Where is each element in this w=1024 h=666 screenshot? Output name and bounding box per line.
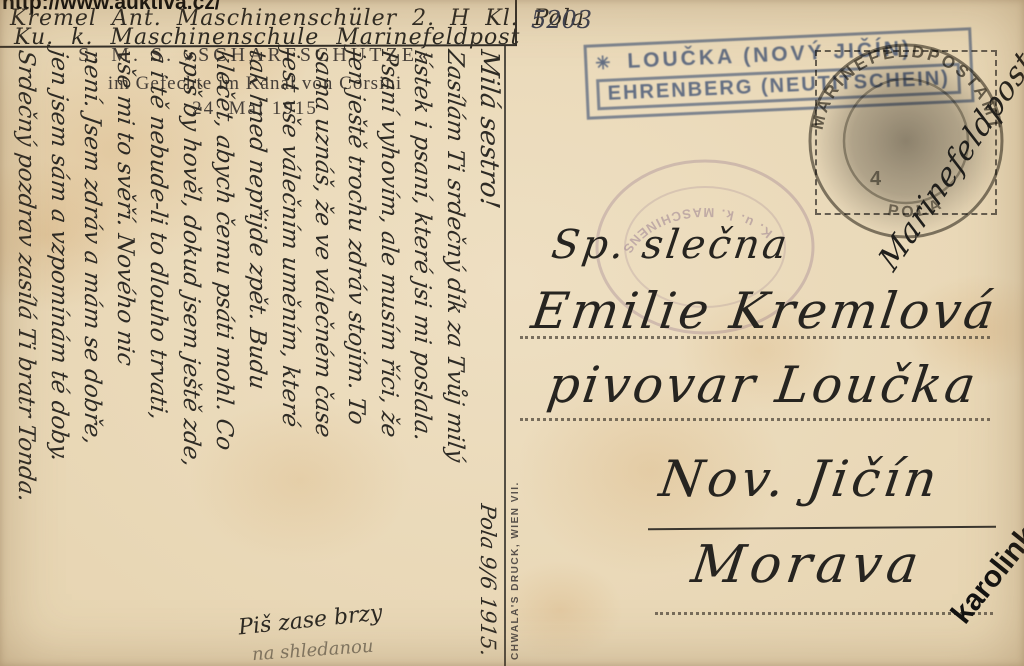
ink-frame-right — [515, 0, 517, 46]
dateline: Pola 9/6 1915. — [471, 501, 504, 658]
address-dotted-line — [520, 418, 990, 421]
address-honorific: Sp. slečna — [552, 222, 789, 268]
message-line: Srdečný pozdrav zasílá Ti bratr Tonda. — [9, 50, 42, 656]
message-line: Zasílám Ti srdečný dík za Tvůj milý — [438, 50, 471, 656]
message-line: klečet, abych čemu psáti mohl. Co — [207, 50, 240, 656]
printer-imprint: CHWALA'S DRUCK, WIEN VII. — [510, 422, 524, 660]
address-dotted-line — [655, 612, 993, 615]
field-post-number: 5203 — [531, 6, 592, 34]
message-line: sama uznáš, že ve válečném čase — [306, 50, 339, 656]
karolinka-watermark: karolinka2 — [945, 494, 1024, 631]
address-dotted-line — [520, 336, 990, 339]
message-line: tak hned nepřijde zpět. Budu — [240, 50, 273, 656]
address-name: Emilie Kremlová — [532, 282, 997, 340]
star-icon: ✳ — [595, 52, 614, 74]
address-town: Nov. Jičín — [660, 450, 940, 508]
message-line: a i tě nebude-li to dlouho trvati, — [141, 50, 174, 656]
message-line: Psaní vyhovím, ale musím říci, že — [372, 50, 405, 656]
address-street: pivovar Loučka — [548, 356, 978, 414]
message-line: jen ještě trochu zdráv stojím. To — [339, 50, 372, 656]
postcard-back: { "watermarks": { "top": "http://www.auk… — [0, 0, 1024, 666]
address-region: Morava — [692, 535, 923, 595]
message-line: spíš by hověl, dokud jsem ještě zde, — [174, 50, 207, 656]
postmark-center-number: 4 — [870, 168, 882, 190]
message-line: vše mi to svěří. Nového nic — [108, 50, 141, 656]
message-line: lístek i psaní, které jsi mi poslala. — [405, 50, 438, 656]
auktiva-watermark: http://www.auktiva.cz/ — [2, 0, 221, 15]
salutation: Milá sestro! — [472, 48, 505, 211]
message-line: jen jsem sám a vzpomínám té doby. — [42, 50, 75, 656]
message-line: jest vše válečním uměním, které — [273, 50, 306, 656]
message-line: není. Jsem zdráv a mám se dobře, — [75, 50, 108, 656]
handwritten-message: Milá sestro! Pola 9/6 1915. Zasílám Ti s… — [5, 50, 505, 656]
address-underline — [648, 526, 996, 530]
